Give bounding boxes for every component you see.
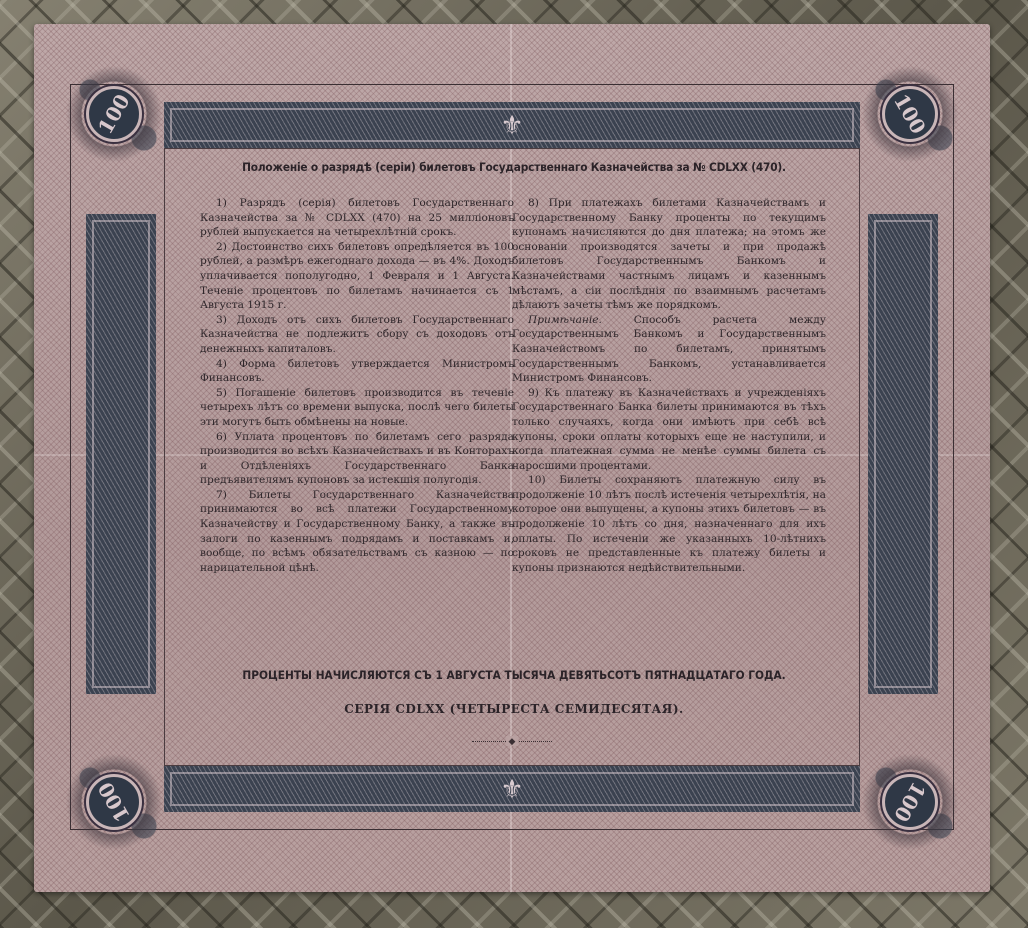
denomination-medallion: 100: [882, 774, 938, 830]
fleur-de-lis-crest-icon: ⚜: [497, 106, 527, 146]
corner-ornament-bottom-right: 100: [850, 742, 970, 862]
regulation-title: Положенiе о разрядѣ (серiи) билетовъ Гос…: [210, 160, 817, 174]
ornamental-divider: ◆: [472, 736, 552, 746]
series-statement: СЕРIЯ CDLXX (ЧЕТЫРЕСТА СЕМИДЕСЯТАЯ).: [184, 702, 844, 716]
frame-band-right: [868, 214, 938, 694]
clause: 5) Погашенiе билетовъ производится въ те…: [200, 386, 514, 430]
regulation-column-right: 8) При платежахъ билетами Казначействамъ…: [512, 196, 826, 575]
remark-label: Примѣчанiе.: [528, 314, 602, 326]
denomination-medallion: 100: [882, 86, 938, 142]
clause: 3) Доходъ отъ сихъ билетовъ Государствен…: [200, 313, 514, 357]
clause: 9) Къ платежу въ Казначействахъ и учрежд…: [512, 386, 826, 474]
clause: 1) Разрядъ (серiя) билетовъ Государствен…: [200, 196, 514, 240]
clause: 8) При платежахъ билетами Казначействамъ…: [512, 196, 826, 313]
frame-band-left: [86, 214, 156, 694]
regulation-column-left: 1) Разрядъ (серiя) билетовъ Государствен…: [200, 196, 514, 575]
clause: 2) Достоинство сихъ билетовъ опредѣляетс…: [200, 240, 514, 313]
clause: 4) Форма билетовъ утверждается Министром…: [200, 357, 514, 386]
corner-ornament-top-left: 100: [54, 54, 174, 174]
clause: 7) Билеты Государственнаго Казначейства …: [200, 488, 514, 576]
denomination-medallion: 100: [86, 774, 142, 830]
remark: Примѣчанiе. Способъ расчета между Госуда…: [512, 313, 826, 386]
diamond-icon: ◆: [506, 736, 519, 746]
clause: 6) Уплата процентовъ по билетамъ сего ра…: [200, 430, 514, 488]
clause: 10) Билеты сохраняютъ платежную силу въ …: [512, 473, 826, 575]
corner-ornament-bottom-left: 100: [54, 742, 174, 862]
fleur-de-lis-crest-icon: ⚜: [497, 770, 527, 810]
interest-statement: ПРОЦЕНТЫ НАЧИСЛЯЮТСЯ СЪ 1 АВГУСТА ТЫСЯЧА…: [210, 668, 817, 682]
corner-ornament-top-right: 100: [850, 54, 970, 174]
treasury-note: ⚜ ⚜ 100 100 100 100 Положенiе о разрядѣ …: [34, 24, 990, 892]
denomination-medallion: 100: [86, 86, 142, 142]
